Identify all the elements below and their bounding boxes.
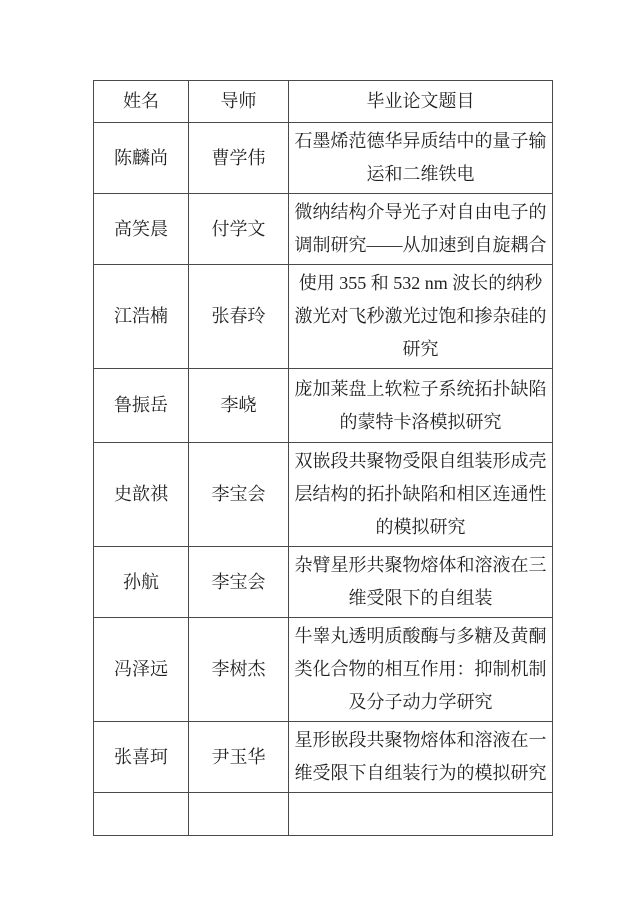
student-name-cell — [94, 793, 189, 836]
student-name-cell: 张喜珂 — [94, 722, 189, 793]
table-row: 孙航 李宝会 杂臂星形共聚物熔体和溶液在三维受限下的自组装 — [94, 547, 553, 618]
advisor-cell — [189, 793, 289, 836]
thesis-title-cell: 石墨烯范德华异质结中的量子输运和二维铁电 — [289, 123, 553, 194]
thesis-title-cell — [289, 793, 553, 836]
student-name-cell: 冯泽远 — [94, 618, 189, 722]
student-name-cell: 江浩楠 — [94, 265, 189, 369]
table-row — [94, 793, 553, 836]
advisor-cell: 李宝会 — [189, 547, 289, 618]
advisor-cell: 付学文 — [189, 194, 289, 265]
table-row: 张喜珂 尹玉华 星形嵌段共聚物熔体和溶液在一维受限下自组装行为的模拟研究 — [94, 722, 553, 793]
thesis-table: 姓名 导师 毕业论文题目 陈麟尚 曹学伟 石墨烯范德华异质结中的量子输运和二维铁… — [93, 80, 553, 836]
thesis-title-cell: 星形嵌段共聚物熔体和溶液在一维受限下自组装行为的模拟研究 — [289, 722, 553, 793]
thesis-title-cell: 牛睾丸透明质酸酶与多糖及黄酮类化合物的相互作用：抑制机制及分子动力学研究 — [289, 618, 553, 722]
header-name: 姓名 — [94, 81, 189, 123]
student-name-cell: 鲁振岳 — [94, 369, 189, 443]
table-row: 史歆祺 李宝会 双嵌段共聚物受限自组装形成壳层结构的拓扑缺陷和相区连通性的模拟研… — [94, 443, 553, 547]
table-row: 冯泽远 李树杰 牛睾丸透明质酸酶与多糖及黄酮类化合物的相互作用：抑制机制及分子动… — [94, 618, 553, 722]
table-row: 鲁振岳 李峣 庞加莱盘上软粒子系统拓扑缺陷的蒙特卡洛模拟研究 — [94, 369, 553, 443]
table-row: 陈麟尚 曹学伟 石墨烯范德华异质结中的量子输运和二维铁电 — [94, 123, 553, 194]
student-name-cell: 孙航 — [94, 547, 189, 618]
advisor-cell: 张春玲 — [189, 265, 289, 369]
advisor-cell: 曹学伟 — [189, 123, 289, 194]
thesis-title-cell: 双嵌段共聚物受限自组装形成壳层结构的拓扑缺陷和相区连通性的模拟研究 — [289, 443, 553, 547]
table-row: 江浩楠 张春玲 使用 355 和 532 nm 波长的纳秒激光对飞秒激光过饱和掺… — [94, 265, 553, 369]
thesis-title-cell: 杂臂星形共聚物熔体和溶液在三维受限下的自组装 — [289, 547, 553, 618]
thesis-title-cell: 微纳结构介导光子对自由电子的调制研究——从加速到自旋耦合 — [289, 194, 553, 265]
table-body: 陈麟尚 曹学伟 石墨烯范德华异质结中的量子输运和二维铁电 高笑晨 付学文 微纳结… — [94, 123, 553, 836]
advisor-cell: 李峣 — [189, 369, 289, 443]
header-thesis-title: 毕业论文题目 — [289, 81, 553, 123]
table-header-row: 姓名 导师 毕业论文题目 — [94, 81, 553, 123]
student-name-cell: 高笑晨 — [94, 194, 189, 265]
table-row: 高笑晨 付学文 微纳结构介导光子对自由电子的调制研究——从加速到自旋耦合 — [94, 194, 553, 265]
thesis-title-cell: 庞加莱盘上软粒子系统拓扑缺陷的蒙特卡洛模拟研究 — [289, 369, 553, 443]
student-name-cell: 史歆祺 — [94, 443, 189, 547]
advisor-cell: 李宝会 — [189, 443, 289, 547]
document-page: 姓名 导师 毕业论文题目 陈麟尚 曹学伟 石墨烯范德华异质结中的量子输运和二维铁… — [0, 0, 639, 905]
advisor-cell: 李树杰 — [189, 618, 289, 722]
student-name-cell: 陈麟尚 — [94, 123, 189, 194]
advisor-cell: 尹玉华 — [189, 722, 289, 793]
header-advisor: 导师 — [189, 81, 289, 123]
thesis-title-cell: 使用 355 和 532 nm 波长的纳秒激光对飞秒激光过饱和掺杂硅的研究 — [289, 265, 553, 369]
